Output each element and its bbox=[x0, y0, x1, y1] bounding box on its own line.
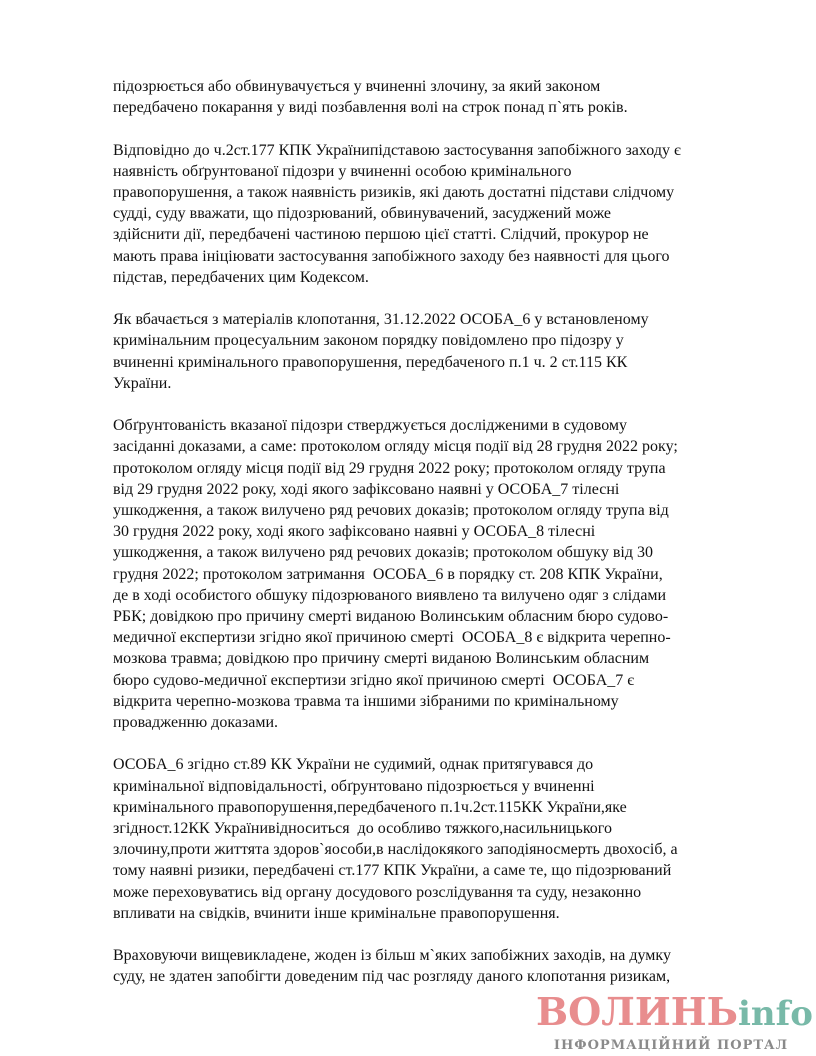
text-line: протоколом огляду місця події від 29 гру… bbox=[113, 458, 765, 479]
text-line: наявність обґрунтованої підозри у вчинен… bbox=[113, 161, 765, 182]
text-line: 30 грудня 2022 року, ході якого зафіксов… bbox=[113, 521, 765, 542]
text-line: кримінального правопорушення,передбачено… bbox=[113, 797, 765, 818]
text-line: тому наявні ризики, передбачені ст.177 К… bbox=[113, 860, 765, 881]
paragraph: Обґрунтованість вказаної підозри ствердж… bbox=[113, 415, 765, 733]
text-line: злочину,проти життята здоров`яособи,в на… bbox=[113, 839, 765, 860]
paragraph: Відповідно до ч.2ст.177 КПК Українипідст… bbox=[113, 140, 765, 288]
text-line: Відповідно до ч.2ст.177 КПК Українипідст… bbox=[113, 140, 765, 161]
text-line: відкрита черепно-мозкова травма та іншим… bbox=[113, 691, 765, 712]
text-line: РБК; довідкою про причину смерті виданою… bbox=[113, 606, 765, 627]
text-line: Як вбачається з матеріалів клопотання, 3… bbox=[113, 309, 765, 330]
text-line: може переховуватись від органу досудовог… bbox=[113, 882, 765, 903]
text-line: засіданні доказами, а саме: протоколом о… bbox=[113, 436, 765, 457]
text-line: передбачено покарання у виді позбавлення… bbox=[113, 97, 765, 118]
text-line: грудня 2022; протоколом затримання ОСОБА… bbox=[113, 564, 765, 585]
text-line: правопорушення, а також наявність ризикі… bbox=[113, 182, 765, 203]
document-page: підозрюється або обвинувачується у вчине… bbox=[113, 76, 765, 1009]
watermark-tagline: ІНФОРМАЦІЙНИЙ ПОРТАЛ bbox=[536, 1038, 806, 1054]
text-line: України. bbox=[113, 373, 765, 394]
text-line: ОСОБА_6 згідно ст.89 КК України не судим… bbox=[113, 754, 765, 775]
watermark-brand: ВОЛИНЬinfo bbox=[536, 994, 806, 1038]
text-line: кримінальним процесуальним законом поряд… bbox=[113, 330, 765, 351]
text-line: ушкодження, а також вилучено ряд речових… bbox=[113, 500, 765, 521]
text-line: підстав, передбачених цим Кодексом. bbox=[113, 267, 765, 288]
text-line: ушкодження, а також вилучено ряд речових… bbox=[113, 542, 765, 563]
paragraph: підозрюється або обвинувачується у вчине… bbox=[113, 76, 765, 118]
watermark-logo: ВОЛИНЬinfo ІНФОРМАЦІЙНИЙ ПОРТАЛ bbox=[536, 994, 806, 1050]
watermark-brand-suffix: info bbox=[738, 994, 813, 1034]
paragraph: ОСОБА_6 згідно ст.89 КК України не судим… bbox=[113, 754, 765, 924]
text-line: мають права ініціювати застосування запо… bbox=[113, 246, 765, 267]
text-line: здійснити дії, передбачені частиною перш… bbox=[113, 224, 765, 245]
text-line: Враховуючи вищевикладене, жоден із більш… bbox=[113, 945, 765, 966]
text-line: де в ході особистого обшуку підозрюваног… bbox=[113, 585, 765, 606]
watermark-brand-name: ВОЛИНЬ bbox=[536, 989, 738, 1034]
text-line: медичної експертизи згідно якої причиною… bbox=[113, 627, 765, 648]
text-line: мозкова травма; довідкою про причину сме… bbox=[113, 648, 765, 669]
text-line: Обґрунтованість вказаної підозри ствердж… bbox=[113, 415, 765, 436]
text-line: підозрюється або обвинувачується у вчине… bbox=[113, 76, 765, 97]
text-line: кримінальної відповідальності, обґрунтов… bbox=[113, 776, 765, 797]
text-line: бюро судово-медичної експертизи згідно я… bbox=[113, 670, 765, 691]
text-line: згідност.12КК Українивідноситься до особ… bbox=[113, 818, 765, 839]
text-line: вчиненні кримінального правопорушення, п… bbox=[113, 352, 765, 373]
text-line: суду, не здатен запобігти доведеним під … bbox=[113, 966, 765, 987]
paragraph: Як вбачається з матеріалів клопотання, 3… bbox=[113, 309, 765, 394]
text-line: впливати на свідків, вчинити інше кримін… bbox=[113, 903, 765, 924]
text-line: провадженню доказами. bbox=[113, 712, 765, 733]
text-line: від 29 грудня 2022 року, ході якого зафі… bbox=[113, 479, 765, 500]
paragraph: Враховуючи вищевикладене, жоден із більш… bbox=[113, 945, 765, 987]
text-line: судді, суду вважати, що підозрюваний, об… bbox=[113, 203, 765, 224]
